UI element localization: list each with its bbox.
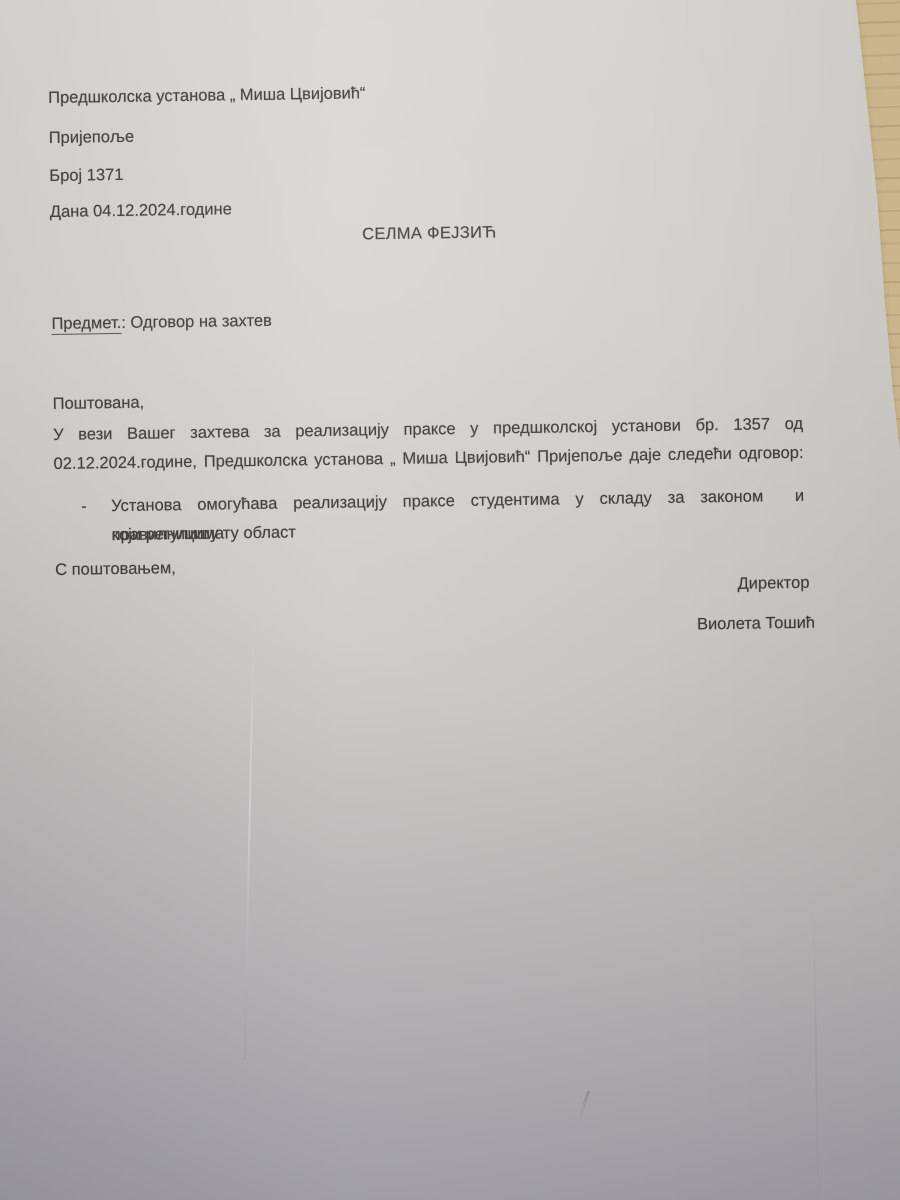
closing-phrase: С поштовањем, (55, 549, 805, 581)
salutation: Поштована, (53, 383, 803, 415)
subject-line: Предмет.: Одговор на захтев (51, 303, 801, 335)
paper-sheet: Предшколска установа „ Миша Цвијовић“ Пр… (0, 0, 900, 1200)
letter-content: Предшколска установа „ Миша Цвијовић“ Пр… (48, 77, 808, 788)
document-date: Дана 04.12.2024.године (50, 191, 800, 223)
subject-text: : Одговор на захтев (121, 312, 272, 332)
bullet-item: - Установа омогућава реализацију праксе … (54, 482, 804, 493)
recipient-name: СЕЛМА ФЕЈЗИЋ (362, 222, 497, 245)
subject-label: Предмет. (51, 314, 121, 335)
paper-sheet-wrapper: Предшколска установа „ Миша Цвијовић“ Пр… (0, 0, 900, 1200)
bullet-marker: - (81, 492, 87, 521)
paper-crease (577, 1090, 590, 1123)
institution-city: Пријепоље (49, 117, 799, 149)
signature-name: Виолета Тошић (697, 613, 815, 636)
bullet-text: Установа омогућава реализацију праксе ст… (111, 482, 805, 550)
institution-name: Предшколска установа „ Миша Цвијовић“ (48, 77, 798, 109)
document-number: Број 1371 (49, 155, 799, 187)
signature-title: Директор (737, 573, 809, 595)
paper-crease (812, 900, 819, 1200)
body-paragraph: У вези Вашег захтева за реализацију прак… (53, 410, 804, 479)
